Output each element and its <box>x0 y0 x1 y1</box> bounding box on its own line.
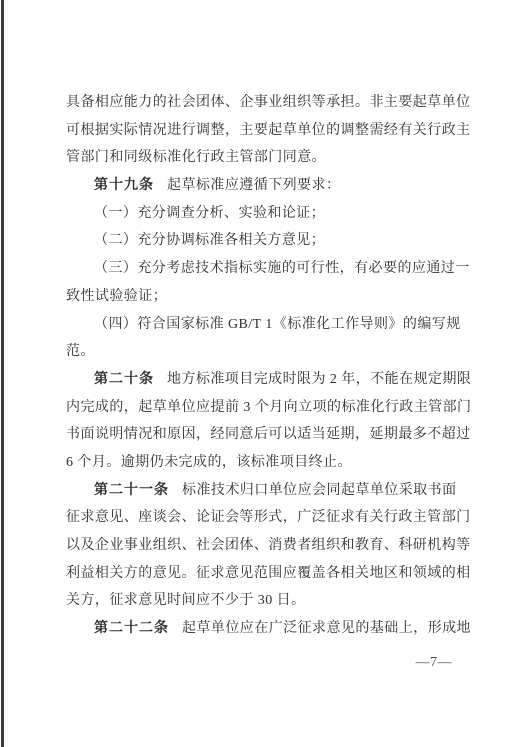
document-line: 具备相应能力的社会团体、企事业组织等承担。非主要起草单位 <box>66 89 478 117</box>
document-line: （四）符合国家标准 GB/T 1《标准化工作导则》的编写规 <box>66 311 478 339</box>
article-number: 第十九条 <box>94 178 154 193</box>
document-line: 6 个月。逾期仍未完成的，该标准项目终止。 <box>66 449 478 477</box>
article-number: 第二十二条 <box>94 621 169 636</box>
line-text: （三）充分考虑技术指标实施的可行性，有必要的应通过一 <box>94 261 470 276</box>
document-line: 关方，征求意见时间应不少于 30 日。 <box>66 587 478 615</box>
document-line: 征求意见、座谈会、论证会等形式，广泛征求有关行政主管部门 <box>66 504 478 532</box>
document-line: 可根据实际情况进行调整，主要起草单位的调整需经有关行政主 <box>66 117 478 145</box>
scan-edge-line <box>1 0 4 747</box>
document-line: 书面说明情况和原因，经同意后可以适当延期，延期最多不超过 <box>66 421 478 449</box>
line-text: 书面说明情况和原因，经同意后可以适当延期，延期最多不超过 <box>66 427 471 442</box>
line-text: 起草单位应在广泛征求意见的基础上，形成地 <box>182 621 471 636</box>
line-text: 起草标准应遵循下列要求： <box>167 178 340 193</box>
document-line: 利益相关方的意见。征求意见范围应覆盖各相关地区和领域的相 <box>66 560 478 588</box>
document-body: 具备相应能力的社会团体、企事业组织等承担。非主要起草单位可根据实际情况进行调整，… <box>66 89 478 643</box>
line-text: 范。 <box>66 344 95 359</box>
line-text: 关方，征求意见时间应不少于 30 日。 <box>66 593 306 608</box>
document-line: （三）充分考虑技术指标实施的可行性，有必要的应通过一 <box>66 255 478 283</box>
document-line: （二）充分协调标准各相关方意见； <box>66 227 478 255</box>
document-line: 第二十一条标准技术归口单位应会同起草单位采取书面 <box>66 477 478 505</box>
document-line: 致性试验验证； <box>66 283 478 311</box>
document-line: （一）充分调查分析、实验和论证； <box>66 200 478 228</box>
line-text: 标准技术归口单位应会同起草单位采取书面 <box>182 483 457 498</box>
page-number: —7— <box>416 655 453 671</box>
line-text: （二）充分协调标准各相关方意见； <box>94 233 325 248</box>
line-text: 内完成的，起草单位应提前 3 个月向立项的标准化行政主管部门 <box>66 400 472 415</box>
line-text: 可根据实际情况进行调整，主要起草单位的调整需经有关行政主 <box>66 123 471 138</box>
document-line: 第二十二条起草单位应在广泛征求意见的基础上，形成地 <box>66 615 478 643</box>
line-text: （一）充分调查分析、实验和论证； <box>94 206 325 221</box>
article-number: 第二十一条 <box>94 483 169 498</box>
line-text: 6 个月。逾期仍未完成的，该标准项目终止。 <box>66 455 352 470</box>
document-line: 第二十条地方标准项目完成时限为 2 年，不能在规定期限 <box>66 366 478 394</box>
line-text: （四）符合国家标准 GB/T 1《标准化工作导则》的编写规 <box>94 317 461 332</box>
line-text: 致性试验验证； <box>66 289 167 304</box>
line-text: 地方标准项目完成时限为 2 年，不能在规定期限 <box>167 372 471 387</box>
line-text: 具备相应能力的社会团体、企事业组织等承担。非主要起草单位 <box>66 95 471 110</box>
line-text: 利益相关方的意见。征求意见范围应覆盖各相关地区和领域的相 <box>66 566 471 581</box>
article-number: 第二十条 <box>94 372 154 387</box>
document-line: 以及企业事业组织、社会团体、消费者组织和教育、科研机构等 <box>66 532 478 560</box>
line-text: 以及企业事业组织、社会团体、消费者组织和教育、科研机构等 <box>66 538 471 553</box>
line-text: 征求意见、座谈会、论证会等形式，广泛征求有关行政主管部门 <box>66 510 471 525</box>
document-page: 具备相应能力的社会团体、企事业组织等承担。非主要起草单位可根据实际情况进行调整，… <box>0 0 529 747</box>
line-text: 管部门和同级标准化行政主管部门同意。 <box>66 150 326 165</box>
document-line: 第十九条起草标准应遵循下列要求： <box>66 172 478 200</box>
document-line: 内完成的，起草单位应提前 3 个月向立项的标准化行政主管部门 <box>66 394 478 422</box>
document-line: 范。 <box>66 338 478 366</box>
document-line: 管部门和同级标准化行政主管部门同意。 <box>66 144 478 172</box>
